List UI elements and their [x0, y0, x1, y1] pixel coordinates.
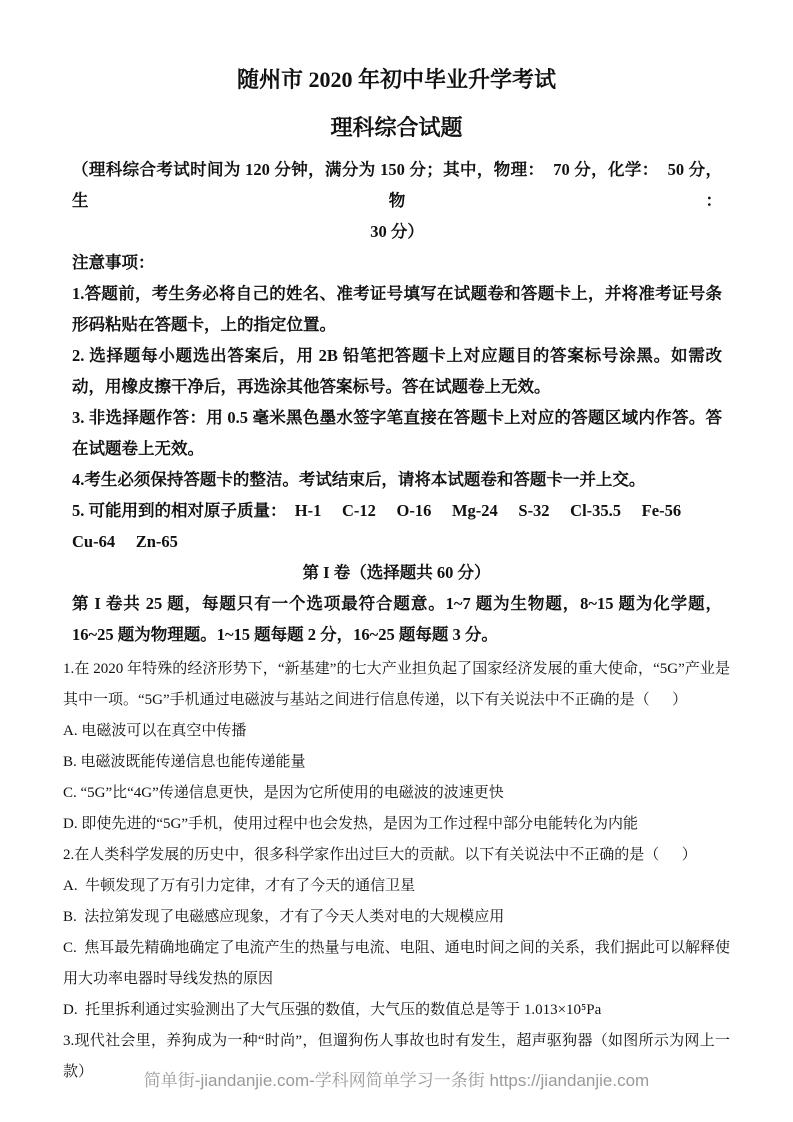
section-1-heading: 第 I 卷（选择题共 60 分） — [63, 557, 730, 588]
question-2: 2.在人类科学发展的历史中，很多科学家作出过巨大的贡献。以下有关说法中不正确的是… — [63, 840, 730, 1026]
exam-info-line1: （理科综合考试时间为 120 分钟，满分为 150 分；其中，物理： 70 分，… — [63, 154, 730, 216]
notice-item-1: 1.答题前，考生务必将自己的姓名、准考证号填写在试题卷和答题卡上，并将准考证号条… — [63, 278, 730, 340]
question-2-option-d: D. 托里拆利通过实验测出了大气压强的数值，大气压的数值总是等于 1.013×1… — [63, 995, 730, 1026]
notice-item-5-atomic-masses: 5. 可能用到的相对原子质量： H-1 C-12 O-16 Mg-24 S-32… — [63, 495, 730, 526]
section-1-intro: 第 I 卷共 25 题，每题只有一个选项最符合题意。1~7 题为生物题，8~15… — [63, 588, 730, 650]
exam-subtitle: 理科综合试题 — [63, 114, 730, 142]
question-1-option-a: A. 电磁波可以在真空中传播 — [63, 716, 730, 747]
question-1: 1.在 2020 年特殊的经济形势下，“新基建”的七大产业担负起了国家经济发展的… — [63, 654, 730, 840]
question-2-option-c: C. 焦耳最先精确地确定了电流产生的热量与电流、电阻、通电时间之间的关系，我们据… — [63, 933, 730, 995]
notices-block: 注意事项： 1.答题前，考生务必将自己的姓名、准考证号填写在试题卷和答题卡上，并… — [63, 247, 730, 557]
notice-item-5-atomic-masses-cont: Cu-64 Zn-65 — [63, 526, 730, 557]
exam-content: 随州市 2020 年初中毕业升学考试 理科综合试题 （理科综合考试时间为 120… — [0, 0, 793, 1088]
question-1-option-d: D. 即使先进的“5G”手机，使用过程中也会发热，是因为工作过程中部分电能转化为… — [63, 809, 730, 840]
notice-item-3: 3. 非选择题作答：用 0.5 毫米黑色墨水签字笔直接在答题卡上对应的答题区域内… — [63, 402, 730, 464]
question-2-option-a: A. 牛顿发现了万有引力定律，才有了今天的通信卫星 — [63, 871, 730, 902]
exam-title: 随州市 2020 年初中毕业升学考试 — [63, 66, 730, 94]
notice-item-2: 2. 选择题每小题选出答案后，用 2B 铅笔把答题卡上对应题目的答案标号涂黑。如… — [63, 340, 730, 402]
question-1-option-c: C. “5G”比“4G”传递信息更快，是因为它所使用的电磁波的波速更快 — [63, 778, 730, 809]
notice-item-4: 4.考生必须保持答题卡的整洁。考试结束后，请将本试题卷和答题卡一并上交。 — [63, 464, 730, 495]
footer-watermark: 简单街-jiandanjie.com-学科网简单学习一条街 https://ji… — [0, 1066, 793, 1091]
question-1-option-b: B. 电磁波既能传递信息也能传递能量 — [63, 747, 730, 778]
exam-info-line2: 30 分） — [63, 216, 730, 247]
question-2-option-b: B. 法拉第发现了电磁感应现象，才有了今天人类对电的大规模应用 — [63, 902, 730, 933]
exam-paper-page: 随州市 2020 年初中毕业升学考试 理科综合试题 （理科综合考试时间为 120… — [0, 0, 793, 1122]
question-2-stem: 2.在人类科学发展的历史中，很多科学家作出过巨大的贡献。以下有关说法中不正确的是… — [63, 840, 730, 871]
questions-block: 1.在 2020 年特殊的经济形势下，“新基建”的七大产业担负起了国家经济发展的… — [63, 654, 730, 1088]
question-1-stem: 1.在 2020 年特殊的经济形势下，“新基建”的七大产业担负起了国家经济发展的… — [63, 654, 730, 716]
notices-heading: 注意事项： — [63, 247, 730, 278]
